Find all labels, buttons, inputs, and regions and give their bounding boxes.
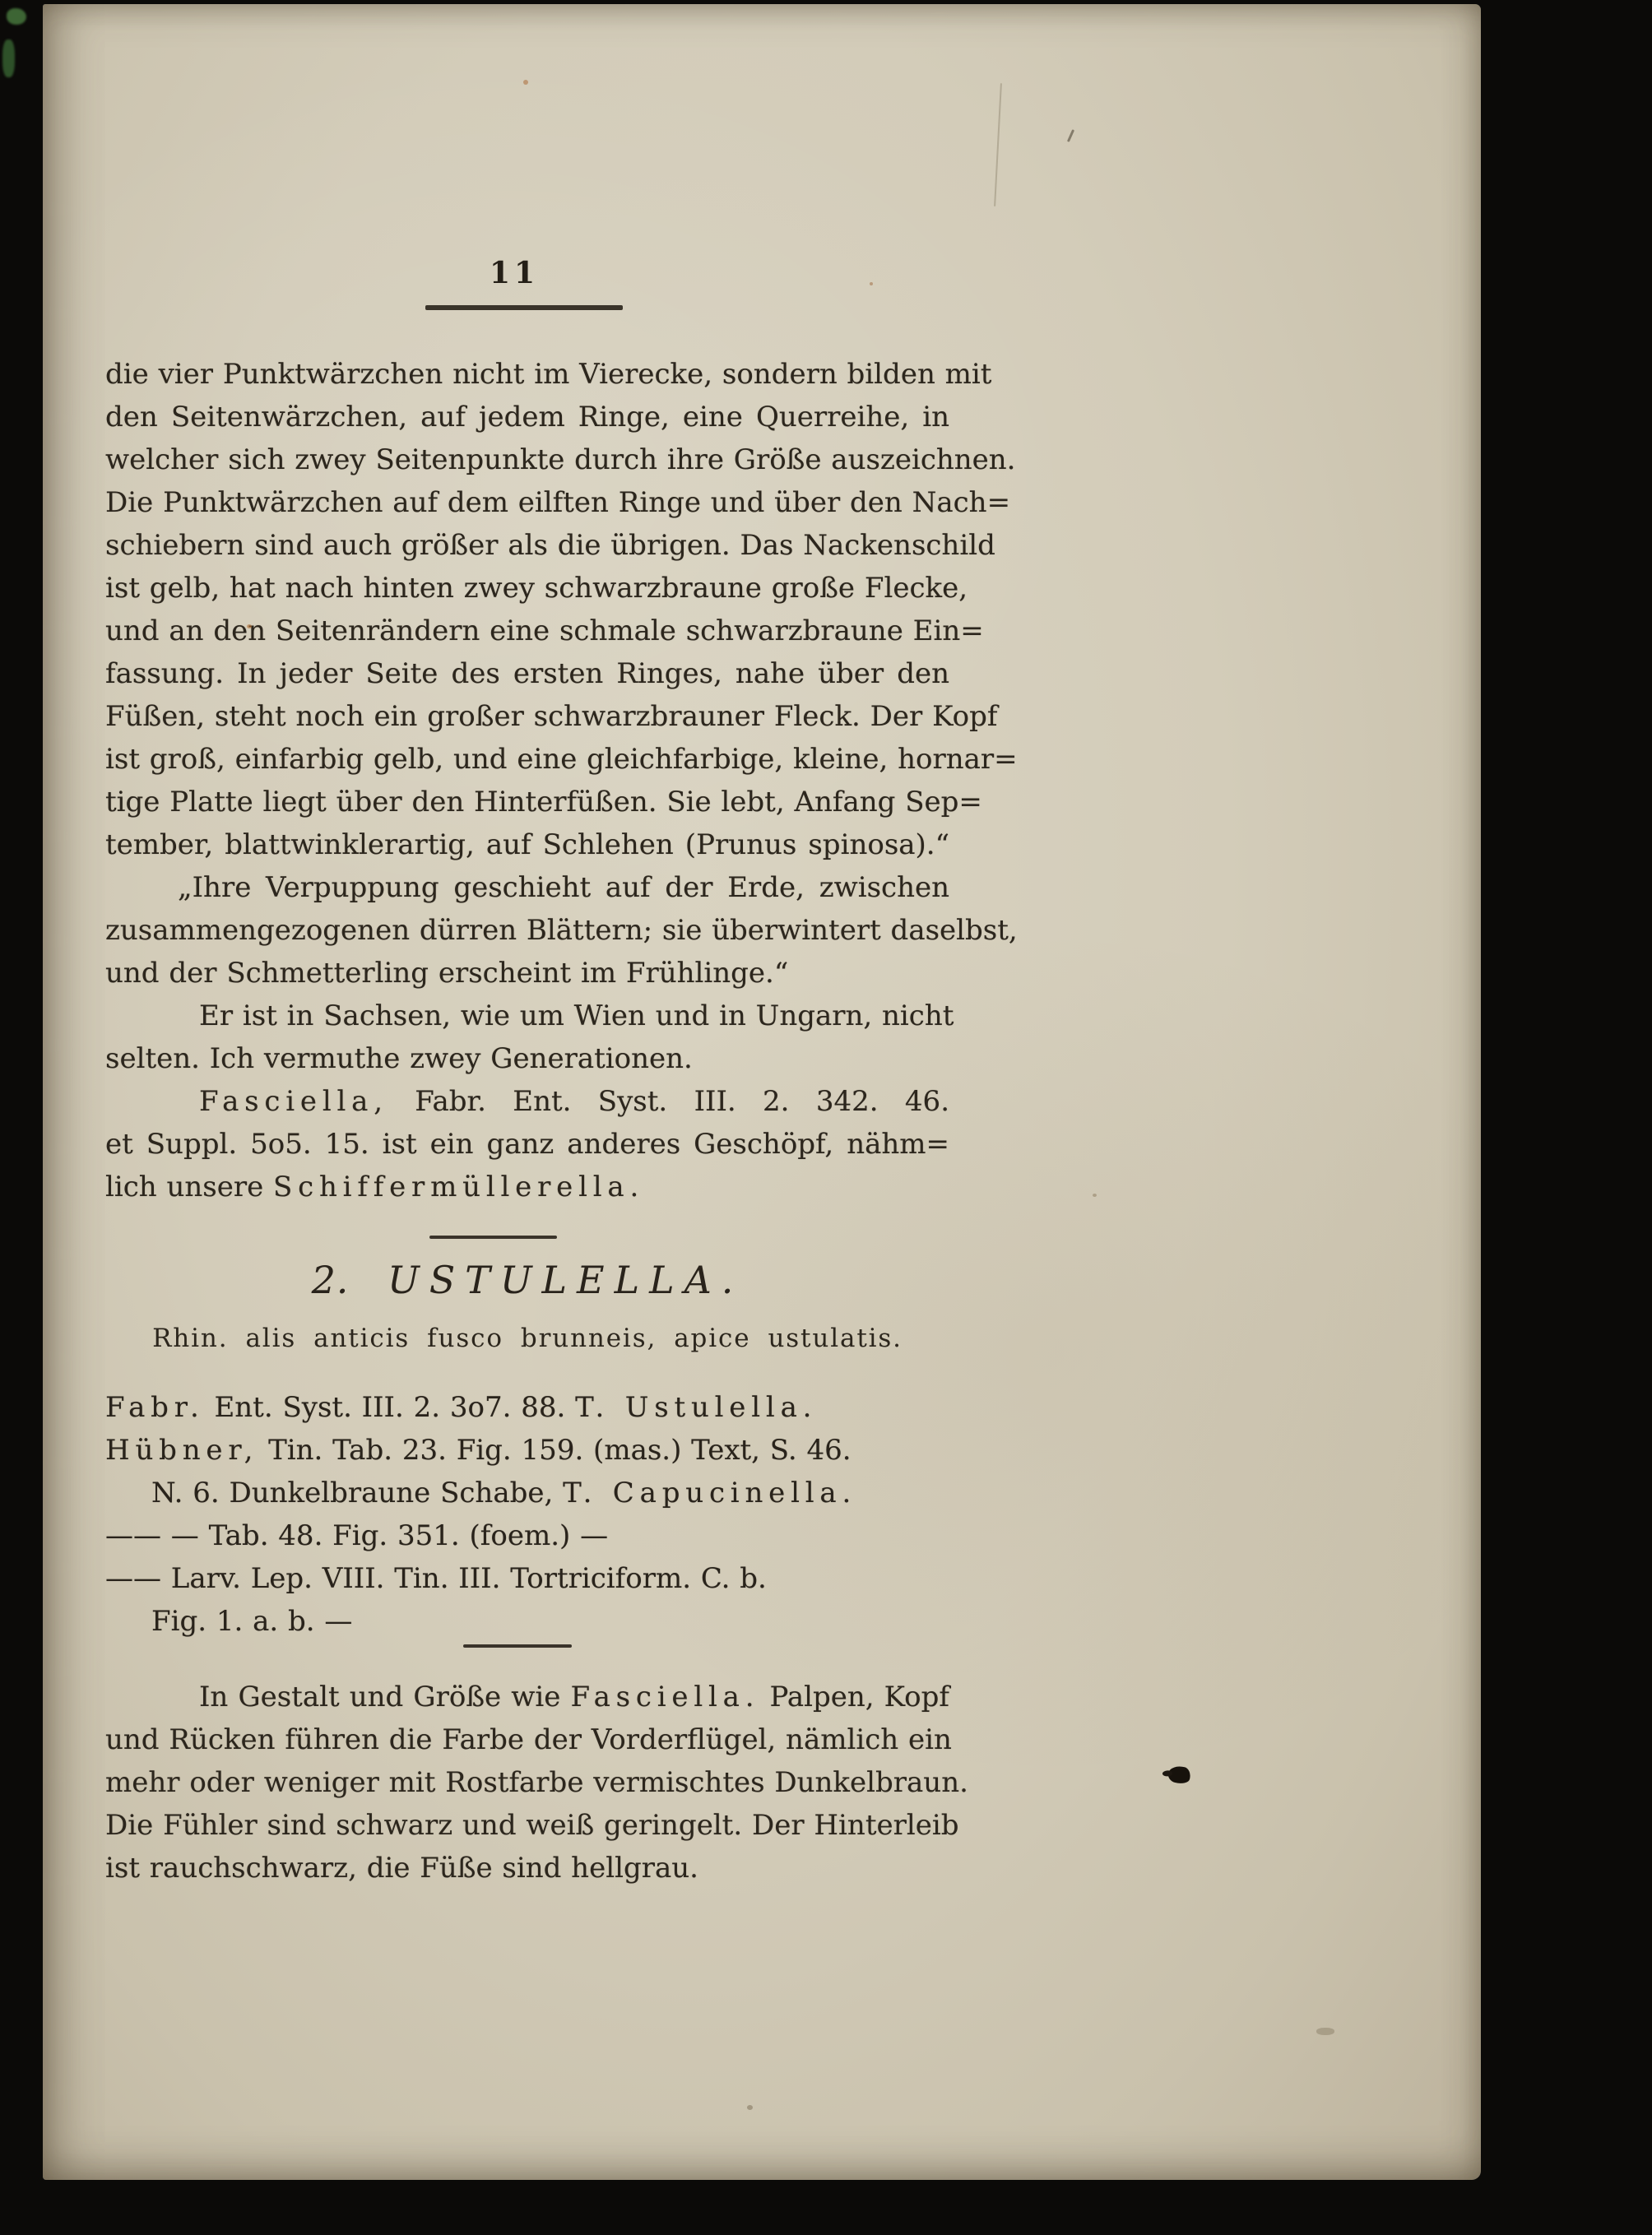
text-line: et Suppl. 5o5. 15. ist ein ganz anderes … [105, 1123, 949, 1166]
text-line: fassung. In jeder Seite des ersten Ringe… [105, 652, 949, 695]
german-name: Dunkelbraune Schabe, [229, 1477, 563, 1509]
paper-speck [747, 2105, 753, 2110]
paper-page: 11 die vier Punktwärzchen nicht im Viere… [43, 4, 1481, 2180]
book-edge-mark [7, 8, 26, 25]
latin-diagnosis: Rhin. alis anticis fusco brunneis, apice… [105, 1324, 949, 1353]
species-name: T. Ustulella. [575, 1391, 817, 1424]
paper-crease [994, 83, 1002, 206]
citation-text: Text, S. 46. [691, 1434, 851, 1467]
bibliography-line: Fig. 1. a. b. — [105, 1600, 977, 1643]
section-divider [429, 1236, 557, 1239]
bibliography-line: —— Larv. Lep. VIII. Tin. III. Tortricifo… [105, 1557, 977, 1600]
text-line: In Gestalt und Größe wie Fasciella. Palp… [105, 1676, 949, 1718]
paper-speck [1067, 129, 1074, 142]
text-line: Er ist in Sachsen, wie um Wien und in Un… [105, 995, 949, 1037]
paper-speck [1316, 2028, 1334, 2035]
text-line: selten. Ich vermuthe zwey Generationen. [105, 1037, 949, 1080]
text-line: ist gelb, hat nach hinten zwey schwarzbr… [105, 567, 949, 610]
text-segment: Palpen, Kopf [759, 1681, 949, 1713]
description-text: In Gestalt und Größe wie Fasciella. Palp… [105, 1676, 949, 1890]
citation-text: Ent. Syst. III. 2. 3o7. 88. [205, 1391, 575, 1424]
book-edge-mark [2, 39, 15, 77]
species-heading: 2. USTULELLA. [105, 1258, 949, 1302]
section-divider [463, 1644, 572, 1648]
text-line: tember, blattwinklerartig, auf Schlehen … [105, 823, 949, 866]
text-line: lich unsere Schiffermüllerella. [105, 1166, 949, 1208]
text-segment: In Gestalt und Größe wie [199, 1681, 570, 1713]
ink-blot [1167, 1764, 1192, 1786]
text-line: welcher sich zwey Seitenpunkte durch ihr… [105, 438, 949, 481]
text-line: schiebern sind auch größer als die übrig… [105, 524, 949, 567]
text-line: Fasciella, Fabr. Ent. Syst. III. 2. 342.… [105, 1080, 949, 1123]
text-line: und Rücken führen die Farbe der Vorderfl… [105, 1718, 949, 1761]
paper-speck [523, 80, 528, 85]
text-line: ist rauchschwarz, die Füße sind hellgrau… [105, 1847, 949, 1890]
species-title: USTULELLA. [387, 1258, 743, 1302]
page-number-rule [425, 305, 623, 310]
text-line: den Seitenwärzchen, auf jedem Ringe, ein… [105, 396, 949, 438]
bibliography-line: Hübner, Tin. Tab. 23. Fig. 159. (mas.) T… [105, 1429, 977, 1472]
text-line: zusammengezogenen dürren Blättern; sie ü… [105, 909, 949, 952]
paper-speck [1093, 1194, 1097, 1197]
bibliography-line: N. 6. Dunkelbraune Schabe, T. Capucinell… [105, 1472, 977, 1514]
text-line: Die Fühler sind schwarz und weiß geringe… [105, 1804, 949, 1847]
text-line: tige Platte liegt über den Hinterfüßen. … [105, 781, 949, 823]
species-name: Schiffermüllerella [273, 1171, 629, 1203]
species-number: 2. [312, 1258, 350, 1302]
bibliography-line: Fabr. Ent. Syst. III. 2. 3o7. 88. T. Ust… [105, 1386, 977, 1429]
citation-text: Fabr. Ent. Syst. III. 2. 342. 46. [388, 1085, 949, 1118]
text-line: Die Punktwärzchen auf dem eilften Ringe … [105, 481, 949, 524]
paper-speck [247, 624, 252, 628]
text-segment: . [630, 1171, 639, 1203]
body-text: die vier Punktwärzchen nicht im Vierecke… [105, 353, 949, 1208]
author-name: Fabr. [105, 1391, 205, 1424]
citation-text: N. 6. [151, 1477, 229, 1509]
text-line: „Ihre Verpuppung geschieht auf der Erde,… [105, 866, 949, 909]
text-line: mehr oder weniger mit Rostfarbe vermisch… [105, 1761, 949, 1804]
text-segment: lich unsere [105, 1171, 273, 1203]
page-number: 11 [407, 256, 621, 290]
species-name: Fasciella, [199, 1085, 388, 1118]
bibliography: Fabr. Ent. Syst. III. 2. 3o7. 88. T. Ust… [105, 1386, 977, 1643]
bibliography-line: —— — Tab. 48. Fig. 351. (foem.) — [105, 1514, 977, 1557]
text-line: und an den Seitenrändern eine schmale sc… [105, 610, 949, 652]
text-line: Füßen, steht noch ein großer schwarzbrau… [105, 695, 949, 738]
text-line: ist groß, einfarbig gelb, und eine gleic… [105, 738, 949, 781]
citation-text: Tin. Tab. 23. Fig. 159. (mas.) [258, 1434, 691, 1467]
text-line: und der Schmetterling erscheint im Frühl… [105, 952, 949, 995]
species-name: T. Capucinella. [563, 1477, 856, 1509]
paper-speck [870, 282, 873, 285]
text-line: die vier Punktwärzchen nicht im Vierecke… [105, 353, 949, 396]
author-name: Hübner, [105, 1434, 258, 1467]
scan-background: 11 die vier Punktwärzchen nicht im Viere… [0, 0, 1652, 2235]
species-name: Fasciella. [570, 1681, 759, 1713]
